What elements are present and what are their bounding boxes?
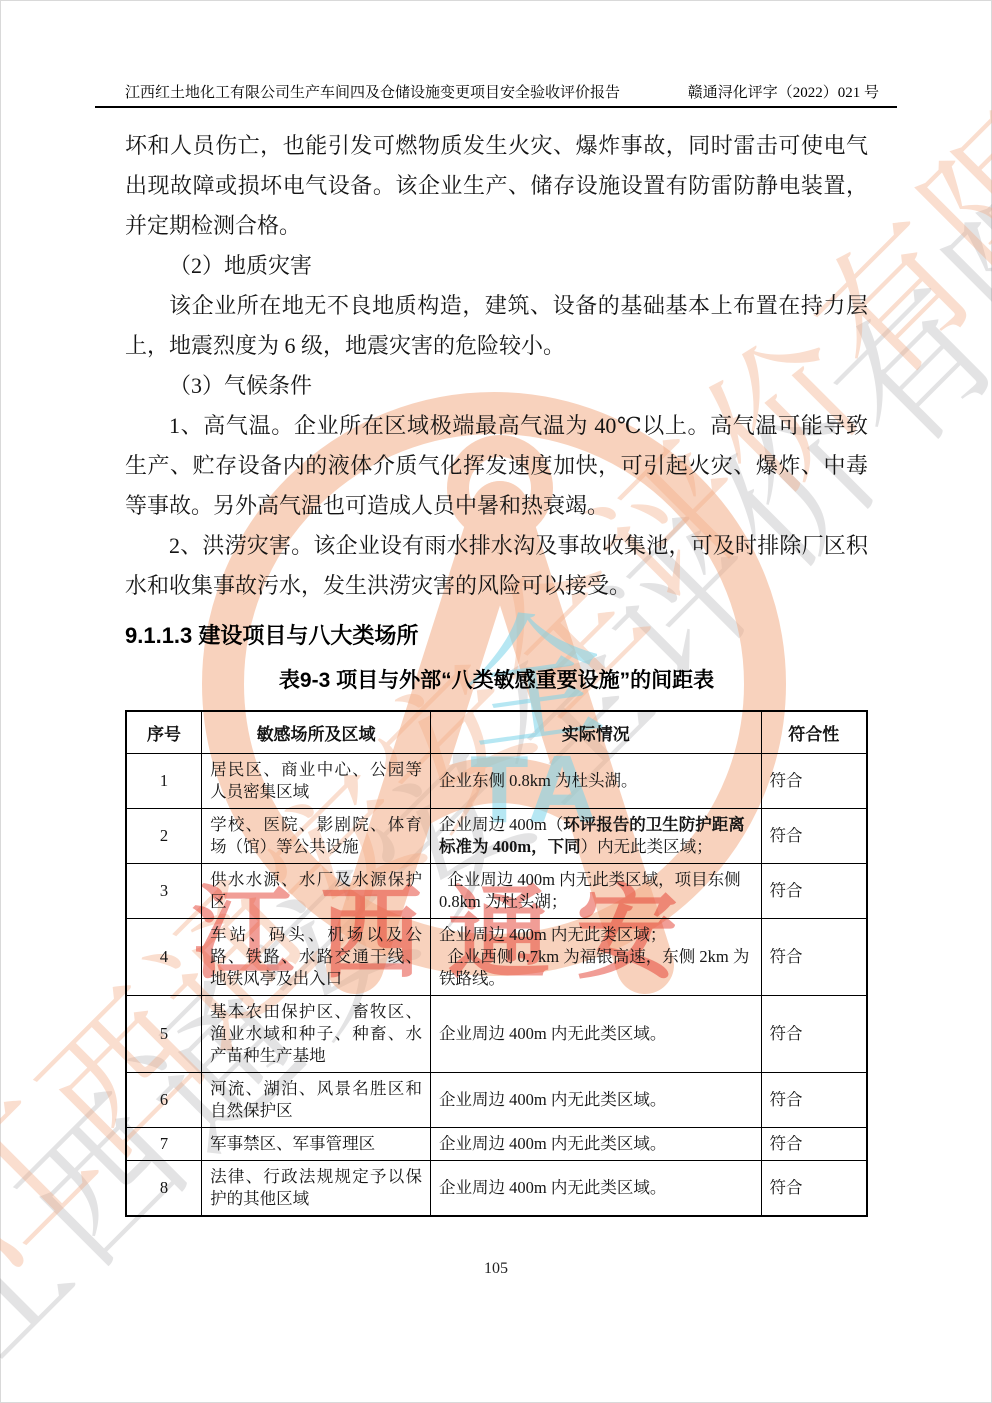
cell-sensitive-place: 车站、码头、机场以及公路、铁路、水路交通干线、地铁风亭及出入口 bbox=[202, 919, 431, 996]
situation-line: 企业周边 400m 内无此类区域； bbox=[439, 924, 752, 946]
table-row: 7军事禁区、军事管理区企业周边 400m 内无此类区域。符合 bbox=[126, 1128, 867, 1161]
cell-sensitive-place: 军事禁区、军事管理区 bbox=[202, 1128, 431, 1161]
situation-line: 企业周边 400m 内无此类区域。 bbox=[439, 1133, 752, 1155]
cell-conformity: 符合 bbox=[761, 919, 867, 996]
cell-conformity: 符合 bbox=[761, 996, 867, 1073]
situation-line: 企业西侧 0.7km 为福银高速，东侧 2km 为铁路线。 bbox=[439, 946, 752, 990]
cell-serial-number: 2 bbox=[126, 809, 202, 864]
table-row: 5基本农田保护区、畜牧区、渔业水域和种子、种畜、水产苗种生产基地企业周边 400… bbox=[126, 996, 867, 1073]
cell-actual-situation: 企业东侧 0.8km 为杜头湖。 bbox=[431, 754, 761, 809]
cell-sensitive-place: 法律、行政法规规定予以保护的其他区域 bbox=[202, 1161, 431, 1217]
cell-serial-number: 7 bbox=[126, 1128, 202, 1161]
situation-line: 企业周边 400m 内无此类区域，项目东侧 0.8km 为杜头湖； bbox=[439, 869, 752, 913]
cell-serial-number: 8 bbox=[126, 1161, 202, 1217]
distance-table: 序号 敏感场所及区域 实际情况 符合性 1居民区、商业中心、公园等人员密集区域企… bbox=[125, 710, 868, 1217]
section-heading: 9.1.1.3 建设项目与八大类场所 bbox=[125, 616, 868, 656]
cell-conformity: 符合 bbox=[761, 754, 867, 809]
cell-sensitive-place: 供水水源、水厂及水源保护区 bbox=[202, 864, 431, 919]
document-page: 江西通安安全评价有限公司 江西通安安全评价有限公司 全 TA 江西通安 江西红土… bbox=[0, 0, 992, 1403]
table-row: 8法律、行政法规规定予以保护的其他区域企业周边 400m 内无此类区域。符合 bbox=[126, 1161, 867, 1217]
report-title: 江西红土地化工有限公司生产车间四及仓储设施变更项目安全验收评价报告 bbox=[97, 81, 620, 102]
cell-serial-number: 6 bbox=[126, 1073, 202, 1128]
column-header-conformity: 符合性 bbox=[761, 711, 867, 754]
table-row: 6河流、湖泊、风景名胜区和自然保护区企业周边 400m 内无此类区域。符合 bbox=[126, 1073, 867, 1128]
cell-actual-situation: 企业周边 400m 内无此类区域。 bbox=[431, 1128, 761, 1161]
situation-line: 企业周边 400m（环评报告的卫生防护距离标准为 400m，下同）内无此类区域； bbox=[439, 814, 752, 858]
situation-line: 企业周边 400m 内无此类区域。 bbox=[439, 1089, 752, 1111]
column-header-serial: 序号 bbox=[126, 711, 202, 754]
cell-conformity: 符合 bbox=[761, 1161, 867, 1217]
cell-actual-situation: 企业周边 400m（环评报告的卫生防护距离标准为 400m，下同）内无此类区域； bbox=[431, 809, 761, 864]
page-number: 105 bbox=[0, 1260, 992, 1278]
cell-sensitive-place: 居民区、商业中心、公园等人员密集区域 bbox=[202, 754, 431, 809]
cell-serial-number: 5 bbox=[126, 996, 202, 1073]
cell-serial-number: 4 bbox=[126, 919, 202, 996]
cell-conformity: 符合 bbox=[761, 1073, 867, 1128]
body-paragraph: （2）地质灾害 bbox=[125, 246, 868, 286]
table-caption: 表9-3 项目与外部“八类敏感重要设施”的间距表 bbox=[125, 664, 868, 698]
table-row: 3供水水源、水厂及水源保护区 企业周边 400m 内无此类区域，项目东侧 0.8… bbox=[126, 864, 867, 919]
cell-actual-situation: 企业周边 400m 内无此类区域，项目东侧 0.8km 为杜头湖； bbox=[431, 864, 761, 919]
body-area: 坏和人员伤亡，也能引发可燃物质发生火灾、爆炸事故，同时雷击可使电气出现故障或损坏… bbox=[125, 126, 868, 1217]
page-header: 江西红土地化工有限公司生产车间四及仓储设施变更项目安全验收评价报告 赣通浔化评字… bbox=[95, 68, 897, 108]
cell-actual-situation: 企业周边 400m 内无此类区域。 bbox=[431, 996, 761, 1073]
table-header-row: 序号 敏感场所及区域 实际情况 符合性 bbox=[126, 711, 867, 754]
cell-conformity: 符合 bbox=[761, 1128, 867, 1161]
body-paragraph: 该企业所在地无不良地质构造，建筑、设备的基础基本上布置在持力层上，地震烈度为 6… bbox=[125, 286, 868, 366]
body-paragraph: （3）气候条件 bbox=[125, 366, 868, 406]
table-row: 2学校、医院、影剧院、体育场（馆）等公共设施企业周边 400m（环评报告的卫生防… bbox=[126, 809, 867, 864]
cell-sensitive-place: 基本农田保护区、畜牧区、渔业水域和种子、种畜、水产苗种生产基地 bbox=[202, 996, 431, 1073]
cell-sensitive-place: 学校、医院、影剧院、体育场（馆）等公共设施 bbox=[202, 809, 431, 864]
body-paragraph: 坏和人员伤亡，也能引发可燃物质发生火灾、爆炸事故，同时雷击可使电气出现故障或损坏… bbox=[125, 126, 868, 246]
cell-conformity: 符合 bbox=[761, 809, 867, 864]
situation-line: 企业东侧 0.8km 为杜头湖。 bbox=[439, 770, 752, 792]
cell-actual-situation: 企业周边 400m 内无此类区域。 bbox=[431, 1161, 761, 1217]
table-row: 1居民区、商业中心、公园等人员密集区域企业东侧 0.8km 为杜头湖。符合 bbox=[126, 754, 867, 809]
cell-actual-situation: 企业周边 400m 内无此类区域。 bbox=[431, 1073, 761, 1128]
body-paragraph: 2、洪涝灾害。该企业设有雨水排水沟及事故收集池，可及时排除厂区积水和收集事故污水… bbox=[125, 526, 868, 606]
situation-line: 企业周边 400m 内无此类区域。 bbox=[439, 1023, 752, 1045]
cell-conformity: 符合 bbox=[761, 864, 867, 919]
cell-sensitive-place: 河流、湖泊、风景名胜区和自然保护区 bbox=[202, 1073, 431, 1128]
body-paragraph: 1、高气温。企业所在区域极端最高气温为 40℃以上。高气温可能导致生产、贮存设备… bbox=[125, 406, 868, 526]
doc-number: 赣通浔化评字（2022）021 号 bbox=[688, 81, 895, 102]
cell-actual-situation: 企业周边 400m 内无此类区域； 企业西侧 0.7km 为福银高速，东侧 2k… bbox=[431, 919, 761, 996]
situation-line: 企业周边 400m 内无此类区域。 bbox=[439, 1177, 752, 1199]
table-row: 4车站、码头、机场以及公路、铁路、水路交通干线、地铁风亭及出入口企业周边 400… bbox=[126, 919, 867, 996]
column-header-place: 敏感场所及区域 bbox=[202, 711, 431, 754]
cell-serial-number: 1 bbox=[126, 754, 202, 809]
content-layer: 江西红土地化工有限公司生产车间四及仓储设施变更项目安全验收评价报告 赣通浔化评字… bbox=[0, 0, 992, 1403]
cell-serial-number: 3 bbox=[126, 864, 202, 919]
column-header-situation: 实际情况 bbox=[431, 711, 761, 754]
distance-table-body: 1居民区、商业中心、公园等人员密集区域企业东侧 0.8km 为杜头湖。符合2学校… bbox=[126, 754, 867, 1217]
